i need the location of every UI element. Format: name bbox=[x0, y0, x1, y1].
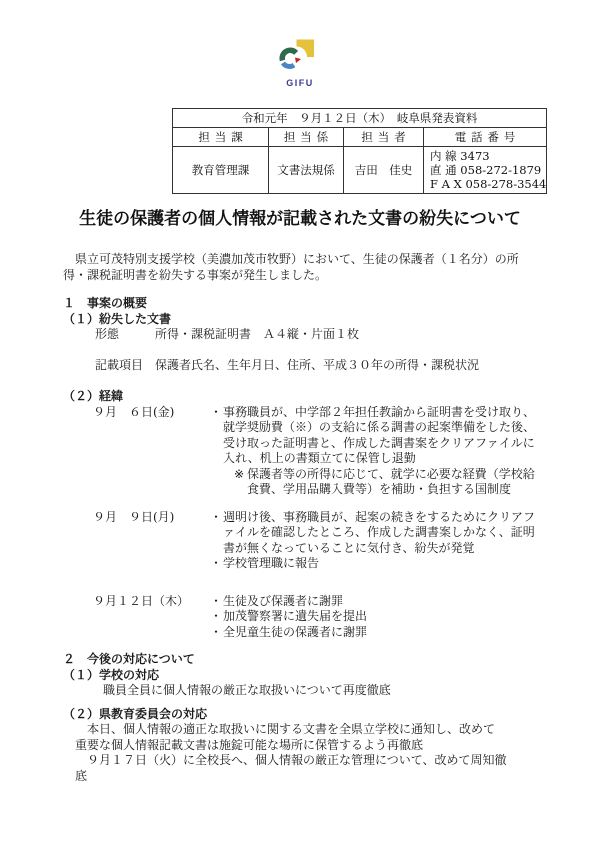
col-header-phone: 電話番号 bbox=[424, 127, 547, 146]
lost-document-format: 形態 所得・課税証明書 Ａ４縦・片面１枚 bbox=[63, 327, 555, 343]
page-title: 生徒の保護者の個人情報が記載された文書の紛失について bbox=[0, 207, 600, 231]
timeline-footnote: ※ 保護者等の所得に応じて、就学に必要な経費（学校給 食費、学用品購入費等）を補… bbox=[234, 467, 555, 498]
timeline-entry: ・ 週明け後、事務職員が、起案の続きをするためにクリアフ ァイルを確認したところ… bbox=[210, 510, 555, 557]
person-cell: 吉田 佳史 bbox=[344, 146, 424, 194]
table-header-row: 担当課 担当係 担当者 電話番号 bbox=[173, 127, 547, 146]
release-date-caption: 令和元年 ９月１２日（木） 岐阜県発表資料 bbox=[173, 108, 547, 127]
timeline-row: ９月 ９日(月) ・ 週明け後、事務職員が、起案の続きをするためにクリアフ ァイ… bbox=[63, 510, 555, 572]
timeline-date: ９月 ６日(金) bbox=[93, 405, 210, 498]
phone-fax: F A X 058-278-3544 bbox=[430, 177, 544, 191]
phone-extension: 内 線 3473 bbox=[430, 149, 544, 163]
timeline-entry-text: 加茂警察署に遺失届を提出 bbox=[223, 609, 367, 625]
col-header-division: 担当課 bbox=[173, 127, 269, 146]
section2-sub2-heading: （２）県教育委員会の対応 bbox=[63, 707, 555, 723]
timeline-entry-text: 週明け後、事務職員が、起案の続きをするためにクリアフ ァイルを確認したところ、作… bbox=[223, 510, 535, 557]
document-page: GIFU 令和元年 ９月１２日（木） 岐阜県発表資料 担当課 担当係 担当者 電… bbox=[0, 0, 600, 848]
division-cell: 教育管理課 bbox=[173, 146, 269, 194]
gifu-prefecture-logo-icon bbox=[277, 39, 323, 74]
timeline-row: ９月１２日（木） ・ 生徒及び保護者に謝罪 ・ 加茂警察署に遺失届を提出 ・ 全… bbox=[63, 594, 555, 641]
bullet-icon: ・ bbox=[210, 510, 223, 557]
timeline-entry: ・ 加茂警察署に遺失届を提出 bbox=[210, 609, 555, 625]
timeline-entry: ・ 事務職員が、中学部２年担任教諭から証明書を受け取り、 就学奨励費（※）の支給… bbox=[210, 405, 555, 467]
bullet-icon: ・ bbox=[210, 594, 223, 610]
timeline-date: ９月 ９日(月) bbox=[93, 510, 210, 572]
logo-block: GIFU bbox=[0, 0, 600, 92]
section-cell: 文書法規係 bbox=[269, 146, 344, 194]
section2-sub1-heading: （１）学校の対応 bbox=[63, 668, 555, 684]
board-response-text: 本日、個人情報の適正な取扱いに関する文書を全県立学校に通知し、改めて 重要な個人… bbox=[63, 722, 555, 784]
intro-paragraph: 県立可茂特別支援学校（美濃加茂市牧野）において、生徒の保護者（１名分）の所 得・… bbox=[63, 252, 555, 283]
section1-sub1-heading: （１）紛失した文書 bbox=[63, 312, 555, 328]
col-header-section: 担当係 bbox=[269, 127, 344, 146]
timeline-entry: ・ 全児童生徒の保護者に謝罪 bbox=[210, 625, 555, 641]
press-info-table: 令和元年 ９月１２日（木） 岐阜県発表資料 担当課 担当係 担当者 電話番号 教… bbox=[172, 108, 547, 195]
bullet-icon: ・ bbox=[210, 609, 223, 625]
section1-heading: １ 事案の概要 bbox=[63, 296, 555, 312]
lost-document-fields: 記載項目 保護者氏名、生年月日、住所、平成３０年の所得・課税状況 bbox=[63, 358, 555, 374]
document-body: 県立可茂特別支援学校（美濃加茂市牧野）において、生徒の保護者（１名分）の所 得・… bbox=[63, 252, 555, 784]
timeline-entry-text: 事務職員が、中学部２年担任教諭から証明書を受け取り、 就学奨励費（※）の支給に係… bbox=[223, 405, 535, 467]
school-response-text: 職員全員に個人情報の厳正な取扱いについて再度徹底 bbox=[63, 683, 555, 699]
timeline-entry-text: 生徒及び保護者に謝罪 bbox=[223, 594, 343, 610]
reference-mark-icon: ※ bbox=[234, 467, 247, 498]
footnote-text: 保護者等の所得に応じて、就学に必要な経費（学校給 食費、学用品購入費等）を補助・… bbox=[247, 467, 535, 498]
table-data-row: 教育管理課 文書法規係 吉田 佳史 内 線 3473 直 通 058-272-1… bbox=[173, 146, 547, 194]
bullet-icon: ・ bbox=[210, 405, 223, 467]
section2-heading: ２ 今後の対応について bbox=[63, 652, 555, 668]
phone-cell: 内 線 3473 直 通 058-272-1879 F A X 058-278-… bbox=[424, 146, 547, 194]
logo-wordmark: GIFU bbox=[0, 76, 600, 92]
col-header-person: 担当者 bbox=[344, 127, 424, 146]
timeline-entry: ・ 学校管理職に報告 bbox=[210, 556, 555, 572]
timeline-entry-text: 学校管理職に報告 bbox=[223, 556, 319, 572]
timeline-row: ９月 ６日(金) ・ 事務職員が、中学部２年担任教諭から証明書を受け取り、 就学… bbox=[63, 405, 555, 498]
phone-direct: 直 通 058-272-1879 bbox=[430, 163, 544, 177]
timeline-entry-text: 全児童生徒の保護者に謝罪 bbox=[223, 625, 367, 641]
timeline-date: ９月１２日（木） bbox=[93, 594, 210, 641]
bullet-icon: ・ bbox=[210, 625, 223, 641]
section1-sub2-heading: （２）経緯 bbox=[63, 389, 555, 405]
bullet-icon: ・ bbox=[210, 556, 223, 572]
timeline-entry: ・ 生徒及び保護者に謝罪 bbox=[210, 594, 555, 610]
